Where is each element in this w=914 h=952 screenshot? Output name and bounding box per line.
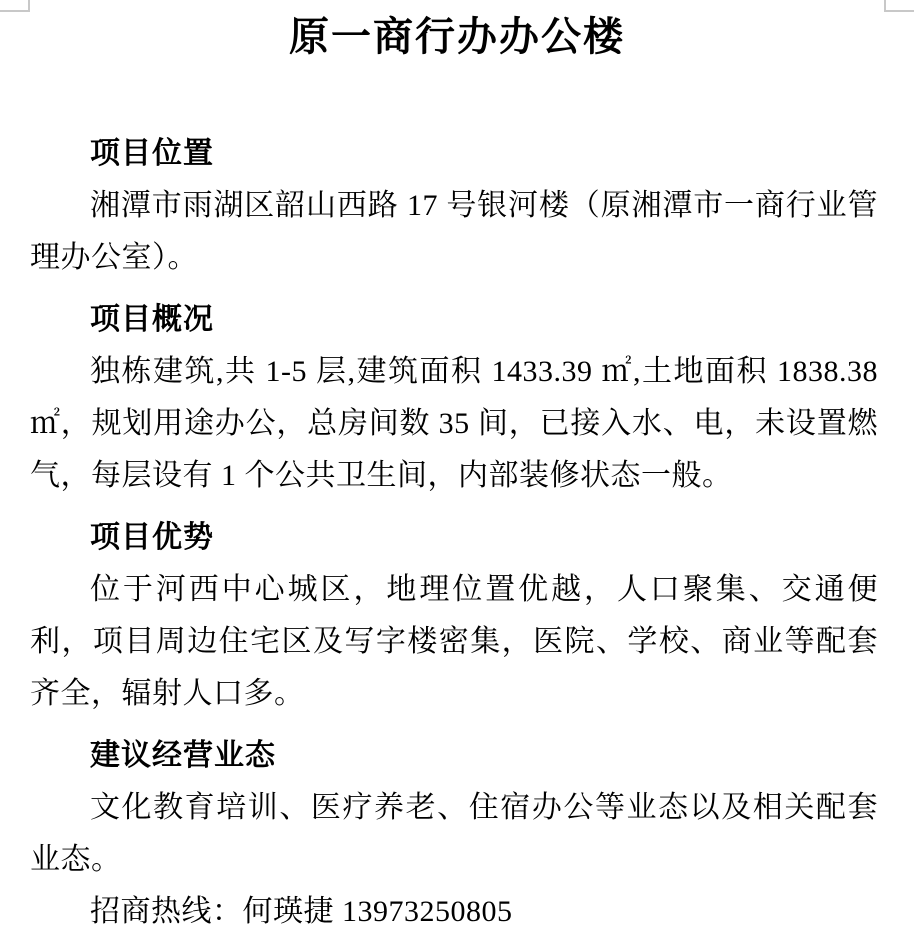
section-heading-project-overview: 项目概况 <box>30 294 878 346</box>
section-project-advantages: 项目优势 位于河西中心城区，地理位置优越，人口聚集、交通便利，项目周边住宅区及写… <box>30 512 878 720</box>
section-suggested-business: 建议经营业态 文化教育培训、医疗养老、住宿办公等业态以及相关配套业态。 招商热线… <box>30 730 878 938</box>
section-project-location: 项目位置 湘潭市雨湖区韶山西路 17 号银河楼（原湘潭市一商行业管理办公室）。 <box>30 128 878 284</box>
paragraph-project-advantages: 位于河西中心城区，地理位置优越，人口聚集、交通便利，项目周边住宅区及写字楼密集，… <box>30 564 878 720</box>
hotline-line: 招商热线：何瑛捷 13973250805 <box>30 886 878 938</box>
paragraph-suggested-business: 文化教育培训、医疗养老、住宿办公等业态以及相关配套业态。 <box>30 782 878 886</box>
section-heading-project-location: 项目位置 <box>30 128 878 180</box>
paragraph-project-location: 湘潭市雨湖区韶山西路 17 号银河楼（原湘潭市一商行业管理办公室）。 <box>30 180 878 284</box>
document-title: 原一商行办办公楼 <box>0 0 914 60</box>
paragraph-project-overview: 独栋建筑,共 1-5 层,建筑面积 1433.39 ㎡,土地面积 1838.38… <box>30 346 878 502</box>
text-boundary-mark-top-right <box>884 0 914 12</box>
document-page: 原一商行办办公楼 项目位置 湘潭市雨湖区韶山西路 17 号银河楼（原湘潭市一商行… <box>0 0 914 952</box>
document-body: 项目位置 湘潭市雨湖区韶山西路 17 号银河楼（原湘潭市一商行业管理办公室）。 … <box>0 60 914 938</box>
section-project-overview: 项目概况 独栋建筑,共 1-5 层,建筑面积 1433.39 ㎡,土地面积 18… <box>30 294 878 502</box>
boundary-mark-horizontal <box>0 10 30 12</box>
boundary-mark-horizontal <box>884 10 914 12</box>
section-heading-project-advantages: 项目优势 <box>30 512 878 564</box>
text-boundary-mark-top-left <box>0 0 30 12</box>
section-heading-suggested-business: 建议经营业态 <box>30 730 878 782</box>
